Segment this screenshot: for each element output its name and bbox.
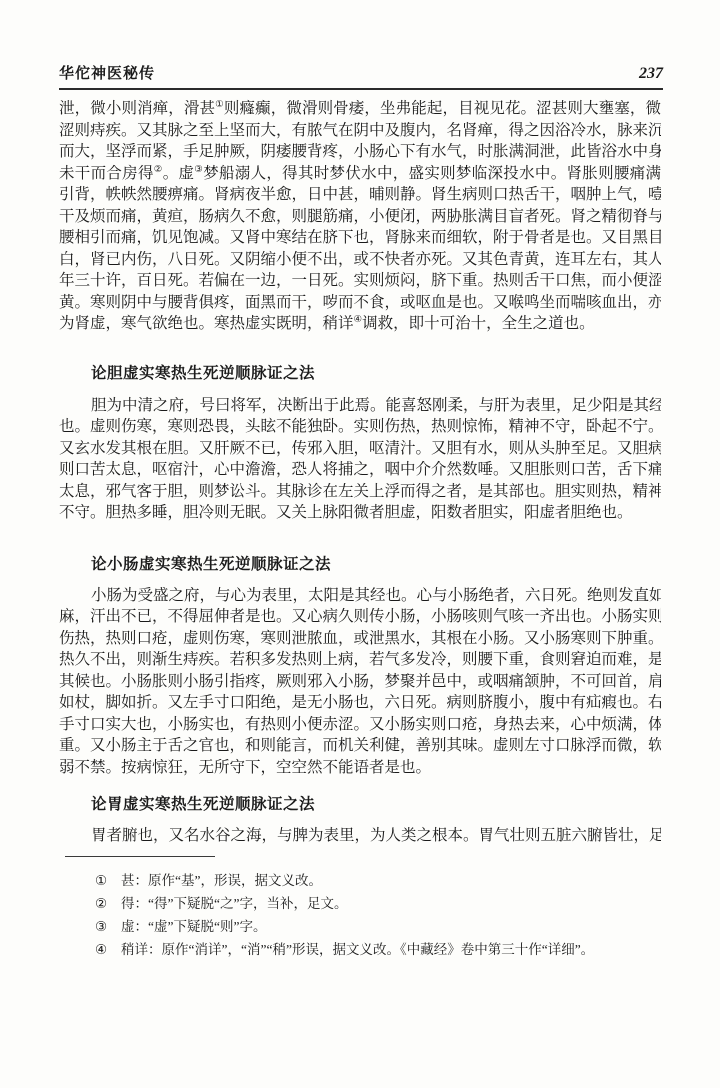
text-line: 太息，邪气客于胆，则梦讼斗。其脉诊在左关上浮而得之者，是其部也。胆实则热，精神: [59, 481, 661, 503]
text-line: 又玄水发其根在胆。又肝厥不已，传邪入胆，呕清汁。又胆有水，则从头肿至足。又胆病: [59, 438, 661, 460]
text-line: 引背，帙帙然腰痹痛。肾病夜半愈，日中甚，晡则静。肾生病则口热舌干，咽肿上气，噎: [59, 184, 661, 206]
footnote-text: 虚：“虚”下疑脱“则”字。: [121, 915, 266, 938]
text-line: 干及烦而痛，黄疸，肠病久不愈，则腿筋痛，小便闭，两胁胀满目盲者死。肾之精彻脊与: [59, 206, 661, 228]
text-line: 重。又小肠主于舌之官也，和则能言，而机关利健，善别其味。虚则左寸口脉浮而微，软: [59, 735, 661, 757]
text-line: 热久不出，则渐生痔疾。若积多发热则上病，若气多发冷，则腰下重，食则窘迫而难，是: [59, 649, 661, 671]
footnote: ② 得：“得”下疑脱“之”字，当补，足文。: [95, 892, 661, 915]
book-title: 华佗神医秘传: [59, 62, 155, 83]
text-line: 如杖，脚如折。又左手寸口阳绝，是无小肠也，六日死。病则脐腹小，腹中有疝瘕也。右: [59, 692, 661, 714]
footnotes: ① 甚：原作“基”，形误，据文义改。 ② 得：“得”下疑脱“之”字，当补，足文。…: [59, 869, 661, 961]
text-line: 而大，坚浮而紧，手足肿厥，阴痿腰背疼，小肠心下有水气，时胀满洞泄，此皆浴水中身: [59, 141, 661, 163]
paragraph-kidney-continuation: 泄，微小则消瘅，滑甚①则癃癫，微滑则骨痿，坐弗能起，目视见花。涩甚则大壅塞，微 …: [59, 98, 661, 335]
footnote: ④ 稍详：原作“消详”，“消”“稍”形误，据文义改。《中藏经》卷中第三十作“详细…: [95, 938, 661, 961]
text-line: 黄。寒则阴中与腰背俱疼，面黑而干，哕而不食，或呕血是也。又喉鸣坐而喘咳血出，亦: [59, 292, 661, 314]
text-line: 腰相引而痛，饥见饱减。又肾中寒结在脐下也，肾脉来而细软，附于骨者是也。又目黑目: [59, 227, 661, 249]
page-header: 华佗神医秘传 237: [59, 62, 663, 90]
paragraph-gallbladder: 胆为中清之府，号曰将军，决断出于此焉。能喜怒刚柔，与肝为表里，足少阳是其经 也。…: [59, 395, 661, 524]
page-number: 237: [639, 65, 663, 83]
footnote-marker: ①: [95, 869, 121, 892]
text-line: 不守。胆热多睡，胆冷则无眠。又关上脉阳微者胆虚，阳数者胆实，阳虚者胆绝也。: [59, 502, 661, 524]
text-line: 年三十许，百日死。若偏在一边，一日死。实则烦闷，脐下重。热则舌干口焦，而小便涩: [59, 270, 661, 292]
paragraph-small-intestine: 小肠为受盛之府，与心为表里，太阳是其经也。心与小肠绝者，六日死。绝则发直如 麻，…: [59, 585, 661, 779]
text-line: 麻，汗出不已，不得屈伸者是也。又心病久则传小肠，小肠咳则气咳一齐出也。小肠实则: [59, 606, 661, 628]
text-line: 则口苦太息，呕宿汁，心中澹澹，恐人将捕之，咽中介介然数唾。又胆胀则口苦，舌下痛: [59, 459, 661, 481]
text-line: 伤热，热则口疮，虚则伤寒，寒则泄脓血，或泄黑水，其根在小肠。又小肠寒则下肿重。: [59, 628, 661, 650]
footnote: ③ 虚：“虚”下疑脱“则”字。: [95, 915, 661, 938]
text-line: 胆为中清之府，号曰将军，决断出于此焉。能喜怒刚柔，与肝为表里，足少阳是其经: [59, 395, 661, 417]
text-line: 弱不禁。按病惊狂，无所守下，空空然不能语者是也。: [59, 757, 661, 779]
body-text: 泄，微小则消瘅，滑甚①则癃癫，微滑则骨痿，坐弗能起，目视见花。涩甚则大壅塞，微 …: [59, 98, 661, 961]
text-line: 也。虚则伤寒，寒则恐畏，头眩不能独卧。实则伤热，热则惊怖，精神不守，卧起不宁。: [59, 416, 661, 438]
text-line: 涩则痔疾。又其脉之至上坚而大，有脓气在阴中及腹内，名肾瘅，得之因浴冷水，脉来沉: [59, 120, 661, 142]
footnote-marker: ③: [95, 915, 121, 938]
footnote: ① 甚：原作“基”，形误，据文义改。: [95, 869, 661, 892]
book-page: 华佗神医秘传 237 泄，微小则消瘅，滑甚①则癃癫，微滑则骨痿，坐弗能起，目视见…: [0, 0, 720, 1088]
text-line: 未干而合房得②。虚③梦船溺人，得其时梦伏水中，盛实则梦临深投水中。肾胀则腰痛满: [59, 163, 661, 185]
section-heading-gallbladder: 论胆虚实寒热生死逆顺脉证之法: [59, 363, 661, 385]
paragraph-stomach: 胃者腑也，又名水谷之海，与脾为表里，为人类之根本。胃气壮则五脏六腑皆壮，足: [59, 825, 661, 847]
section-heading-small-intestine: 论小肠虚实寒热生死逆顺脉证之法: [59, 554, 661, 576]
footnote-marker: ②: [95, 892, 121, 915]
text-line: 为肾虚，寒气欲绝也。寒热虚实既明，稍详④调救，即十可治十，全生之道也。: [59, 313, 661, 335]
footnote-rule: [65, 856, 215, 857]
footnote-text: 稍详：原作“消详”，“消”“稍”形误，据文义改。《中藏经》卷中第三十作“详细”。: [121, 938, 594, 961]
text-line: 其候也。小肠胀则小肠引指疼，厥则邪入小肠，梦聚并邑中，或咽痛颔肿，不可回首，肩: [59, 671, 661, 693]
text-line: 泄，微小则消瘅，滑甚①则癃癫，微滑则骨痿，坐弗能起，目视见花。涩甚则大壅塞，微: [59, 98, 661, 120]
footnote-text: 甚：原作“基”，形误，据文义改。: [121, 869, 322, 892]
text-line: 白，肾已内伤，八日死。又阴缩小便不出，或不快者亦死。又其色青黄，连耳左右，其人: [59, 249, 661, 271]
text-line: 手寸口实大也，小肠实也，有热则小便赤涩。又小肠实则口疮，身热去来，心中烦满，体: [59, 714, 661, 736]
text-line: 小肠为受盛之府，与心为表里，太阳是其经也。心与小肠绝者，六日死。绝则发直如: [59, 585, 661, 607]
footnote-marker: ④: [95, 938, 121, 961]
section-heading-stomach: 论胃虚实寒热生死逆顺脉证之法: [59, 794, 661, 816]
text-line: 胃者腑也，又名水谷之海，与脾为表里，为人类之根本。胃气壮则五脏六腑皆壮，足: [59, 825, 661, 847]
footnote-text: 得：“得”下疑脱“之”字，当补，足文。: [121, 892, 347, 915]
